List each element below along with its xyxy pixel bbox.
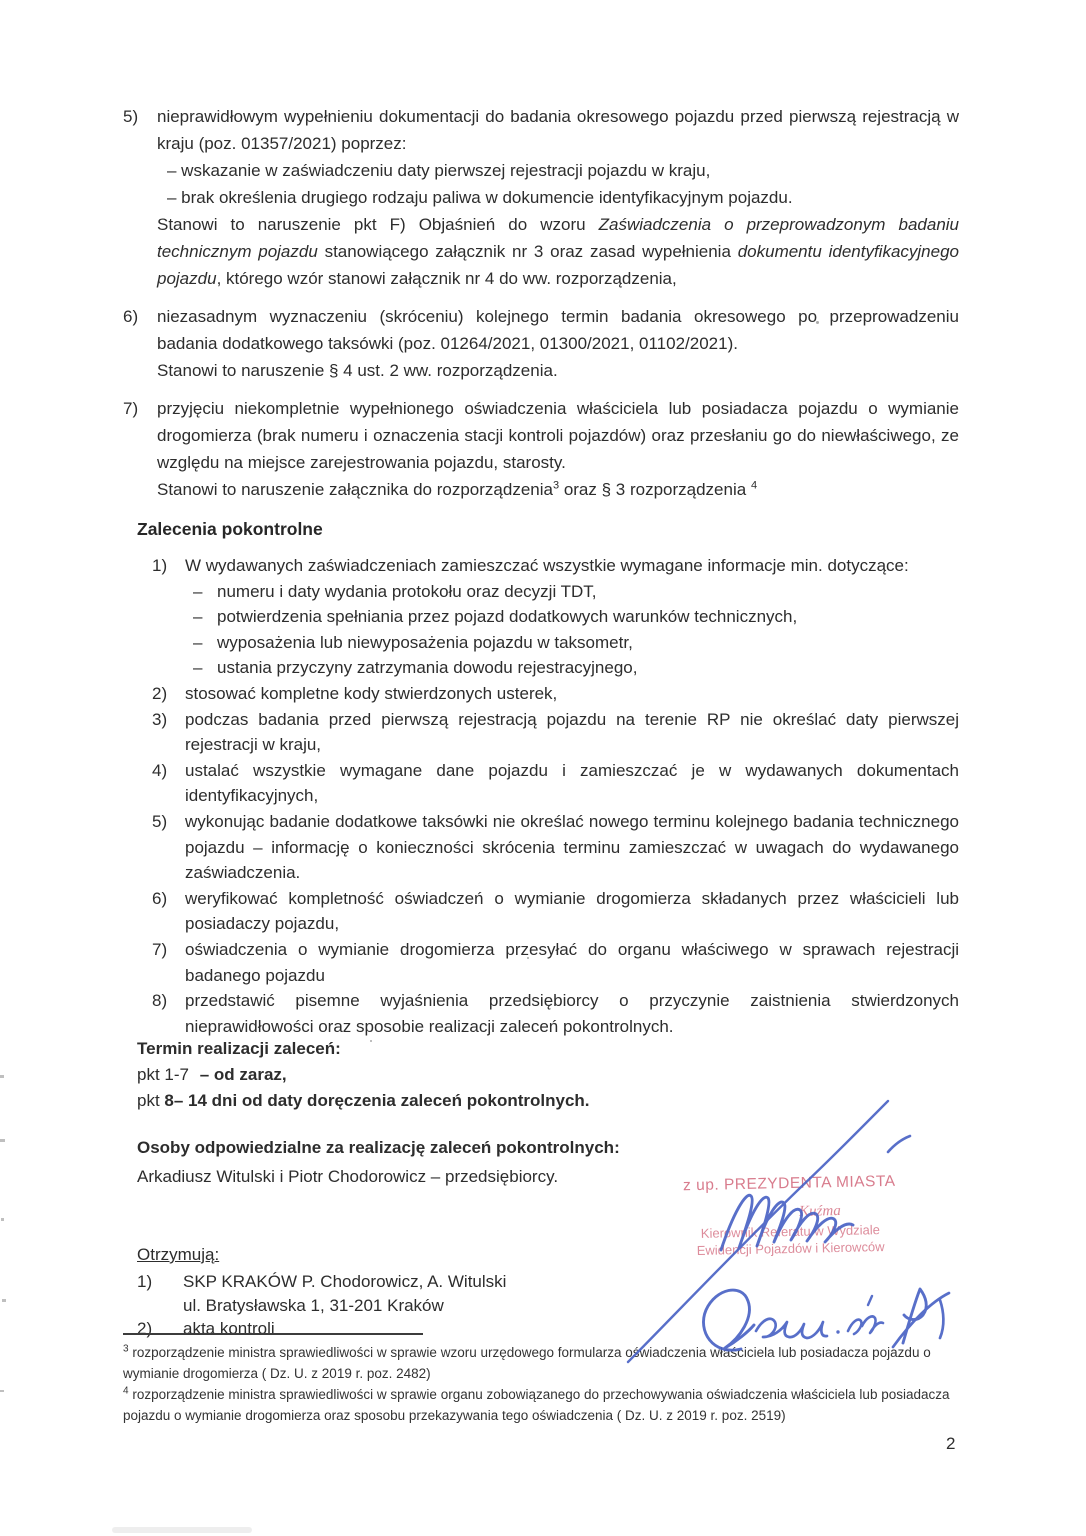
recommendation-item-2: 2) stosować kompletne kody stwierdzonych… xyxy=(152,681,959,707)
document-body: 5) nieprawidłowym wypełnieniu dokumentac… xyxy=(123,103,959,1039)
note-text: Stanowi to naruszenie pkt F) Objaśnień d… xyxy=(157,215,599,234)
recommendation-number: 5) xyxy=(152,809,185,886)
stamp-authority-line: z up. PREZYDENTA MIASTA xyxy=(654,1172,924,1196)
recommendation-text: wykonując badanie dodatkowe taksówki nie… xyxy=(185,809,959,886)
dash-bullet: – xyxy=(193,579,217,605)
recommendation-item-8: 8) przedstawić pisemne wyjaśnienia przed… xyxy=(152,988,959,1039)
recommendation-number: 4) xyxy=(152,758,185,809)
page-number: 2 xyxy=(946,1434,955,1454)
official-stamp: z up. PREZYDENTA MIASTA Kuźma Kierownik … xyxy=(654,1172,926,1260)
finding-text: nieprawidłowym wypełnieniu dokumentacji … xyxy=(157,103,959,292)
scan-artifact xyxy=(0,1139,5,1142)
scan-artifact xyxy=(1,1218,4,1221)
recommendation-text: przedstawić pisemne wyjaśnienia przedsię… xyxy=(185,988,959,1039)
footnote-text: rozporządzenie ministra sprawiedliwości … xyxy=(123,1345,931,1381)
finding-item-5: 5) nieprawidłowym wypełnieniu dokumentac… xyxy=(123,103,959,292)
footnote-marker: 4 xyxy=(123,1386,129,1397)
footnote-4: 4 rozporządzenie ministra sprawiedliwośc… xyxy=(123,1384,963,1426)
finding-intro: nieprawidłowym wypełnieniu dokumentacji … xyxy=(157,103,959,157)
recommendation-number: 3) xyxy=(152,707,185,758)
deadline-text-bold: 8– 14 dni od daty doręczenia zaleceń pok… xyxy=(164,1091,589,1110)
deadline-line-1: pkt 1-7 – od zaraz, xyxy=(137,1062,590,1088)
scan-artifact xyxy=(0,1075,4,1078)
recommendation-dash-item: –potwierdzenia spełniania przez pojazd d… xyxy=(193,604,959,630)
recommendation-number: 2) xyxy=(152,681,185,707)
finding-number: 6) xyxy=(123,303,157,384)
finding-intro: przyjęciu niekompletnie wypełnionego ośw… xyxy=(157,395,959,476)
signature-handwriting xyxy=(848,1316,883,1334)
responsible-heading: Osoby odpowiedzialne za realizację zalec… xyxy=(137,1133,620,1162)
recommendations-heading: Zalecenia pokontrolne xyxy=(137,519,959,540)
recipients-section: Otrzymują: 1)SKP KRAKÓW P. Chodorowicz, … xyxy=(137,1243,506,1341)
signature-short-stroke xyxy=(888,1136,910,1152)
stamp-title-line: Ewidencji Pojazdów i Kierowców xyxy=(656,1237,926,1260)
recipient-number xyxy=(137,1294,183,1318)
dash-text: ustania przyczyny zatrzymania dowodu rej… xyxy=(217,655,637,681)
stamp-title-line: Kierownik Referatu w Wydziale xyxy=(655,1220,925,1243)
deadline-line-2: pkt 8– 14 dni od daty doręczenia zaleceń… xyxy=(137,1088,590,1114)
finding-number: 5) xyxy=(123,103,157,292)
finding-text: przyjęciu niekompletnie wypełnionego ośw… xyxy=(157,395,959,503)
finding-note: Stanowi to naruszenie załącznika do rozp… xyxy=(157,476,959,503)
note-text: Stanowi to naruszenie załącznika do rozp… xyxy=(157,480,553,499)
scan-speck xyxy=(370,1040,372,1042)
deadline-section: Termin realizacji zaleceń: pkt 1-7 – od … xyxy=(137,1036,590,1114)
deadline-text: pkt xyxy=(137,1091,164,1110)
finding-note: Stanowi to naruszenie pkt F) Objaśnień d… xyxy=(157,211,959,292)
finding-item-7: 7) przyjęciu niekompletnie wypełnionego … xyxy=(123,395,959,503)
finding-item-6: 6) niezasadnym wyznaczeniu (skróceniu) k… xyxy=(123,303,959,384)
recipient-number: 1) xyxy=(137,1270,183,1294)
responsible-section: Osoby odpowiedzialne za realizację zalec… xyxy=(137,1133,620,1191)
finding-number: 7) xyxy=(123,395,157,503)
recommendation-text: podczas badania przed pierwszą rejestrac… xyxy=(185,707,959,758)
deadline-heading: Termin realizacji zaleceń: xyxy=(137,1036,590,1062)
dash-text: wyposażenia lub niewyposażenia pojazdu w… xyxy=(217,630,633,656)
deadline-text-bold: – od zaraz, xyxy=(200,1065,287,1084)
recommendation-item-6: 6) weryfikować kompletność oświadczeń o … xyxy=(152,886,959,937)
document-page: 5) nieprawidłowym wypełnieniu dokumentac… xyxy=(0,0,1086,1536)
recommendation-number: 8) xyxy=(152,988,185,1039)
recommendations-list: 1) W wydawanych zaświadczeniach zamieszc… xyxy=(123,553,959,1039)
recommendation-dash-item: –numeru i daty wydania protokołu oraz de… xyxy=(193,579,959,605)
recommendation-item-7: 7) oświadczenia o wymianie drogomierza p… xyxy=(152,937,959,988)
recommendation-item-1: 1) W wydawanych zaświadczeniach zamieszc… xyxy=(152,553,959,579)
recommendation-dash-item: –ustania przyczyny zatrzymania dowodu re… xyxy=(193,655,959,681)
recommendation-number: 1) xyxy=(152,553,185,579)
finding-intro: niezasadnym wyznaczeniu (skróceniu) kole… xyxy=(157,303,959,357)
dash-text: numeru i daty wydania protokołu oraz dec… xyxy=(217,579,597,605)
signature-scribble xyxy=(721,1195,853,1250)
recommendation-dash-item: –wyposażenia lub niewyposażenia pojazdu … xyxy=(193,630,959,656)
recommendation-text: W wydawanych zaświadczeniach zamieszczać… xyxy=(185,553,959,579)
finding-text: niezasadnym wyznaczeniu (skróceniu) kole… xyxy=(157,303,959,384)
recommendation-text: ustalać wszystkie wymagane dane pojazdu … xyxy=(185,758,959,809)
signature-handwriting xyxy=(868,1296,872,1305)
note-text: oraz § 3 rozporządzenia xyxy=(559,480,751,499)
footnote-ref-4: 4 xyxy=(751,479,757,491)
dash-bullet: – xyxy=(193,630,217,656)
recommendation-item-5: 5) wykonując badanie dodatkowe taksówki … xyxy=(152,809,959,886)
recommendation-text: oświadczenia o wymianie drogomierza prze… xyxy=(185,937,959,988)
recommendation-text: weryfikować kompletność oświadczeń o wym… xyxy=(185,886,959,937)
recommendation-text: stosować kompletne kody stwierdzonych us… xyxy=(185,681,959,707)
footnotes-section: 3 rozporządzenie ministra sprawiedliwośc… xyxy=(123,1333,963,1426)
finding-dash-item: – wskazanie w zaświadczeniu daty pierwsz… xyxy=(167,157,959,184)
footnote-3: 3 rozporządzenie ministra sprawiedliwośc… xyxy=(123,1342,963,1384)
recipient-text: ul. Bratysławska 1, 31-201 Kraków xyxy=(183,1294,444,1318)
dash-bullet: – xyxy=(193,655,217,681)
scan-artifact xyxy=(2,1299,6,1302)
footnote-text: rozporządzenie ministra sprawiedliwości … xyxy=(123,1387,950,1423)
recipient-text: SKP KRAKÓW P. Chodorowicz, A. Witulski xyxy=(183,1270,506,1294)
recommendation-number: 7) xyxy=(152,937,185,988)
stamp-signer-name: Kuźma xyxy=(715,1201,925,1222)
note-text: stanowiącego załącznik nr 3 oraz zasad w… xyxy=(318,242,738,261)
recommendation-item-3: 3) podczas badania przed pierwszą rejest… xyxy=(152,707,959,758)
dash-text: potwierdzenia spełniania przez pojazd do… xyxy=(217,604,797,630)
scan-smudge xyxy=(112,1527,252,1533)
recipient-row: 1)SKP KRAKÓW P. Chodorowicz, A. Witulski xyxy=(137,1270,506,1294)
footnote-divider xyxy=(123,1333,423,1335)
finding-note: Stanowi to naruszenie § 4 ust. 2 ww. roz… xyxy=(157,357,959,384)
recipients-heading: Otrzymują: xyxy=(137,1243,506,1266)
responsible-names: Arkadiusz Witulski i Piotr Chodorowicz –… xyxy=(137,1162,620,1191)
scan-speck xyxy=(816,321,819,324)
recommendation-item-4: 4) ustalać wszystkie wymagane dane pojaz… xyxy=(152,758,959,809)
dash-bullet: – xyxy=(193,604,217,630)
scan-speck xyxy=(527,957,529,959)
finding-dash-item: – brak określenia drugiego rodzaju paliw… xyxy=(167,184,959,211)
recipient-row: ul. Bratysławska 1, 31-201 Kraków xyxy=(137,1294,506,1318)
note-text: , którego wzór stanowi załącznik nr 4 do… xyxy=(217,269,677,288)
footnote-marker: 3 xyxy=(123,1344,129,1355)
scan-artifact xyxy=(0,1390,4,1392)
recommendation-number: 6) xyxy=(152,886,185,937)
deadline-text: pkt 1-7 xyxy=(137,1065,194,1084)
signature-diagonal-stroke xyxy=(628,1101,888,1362)
